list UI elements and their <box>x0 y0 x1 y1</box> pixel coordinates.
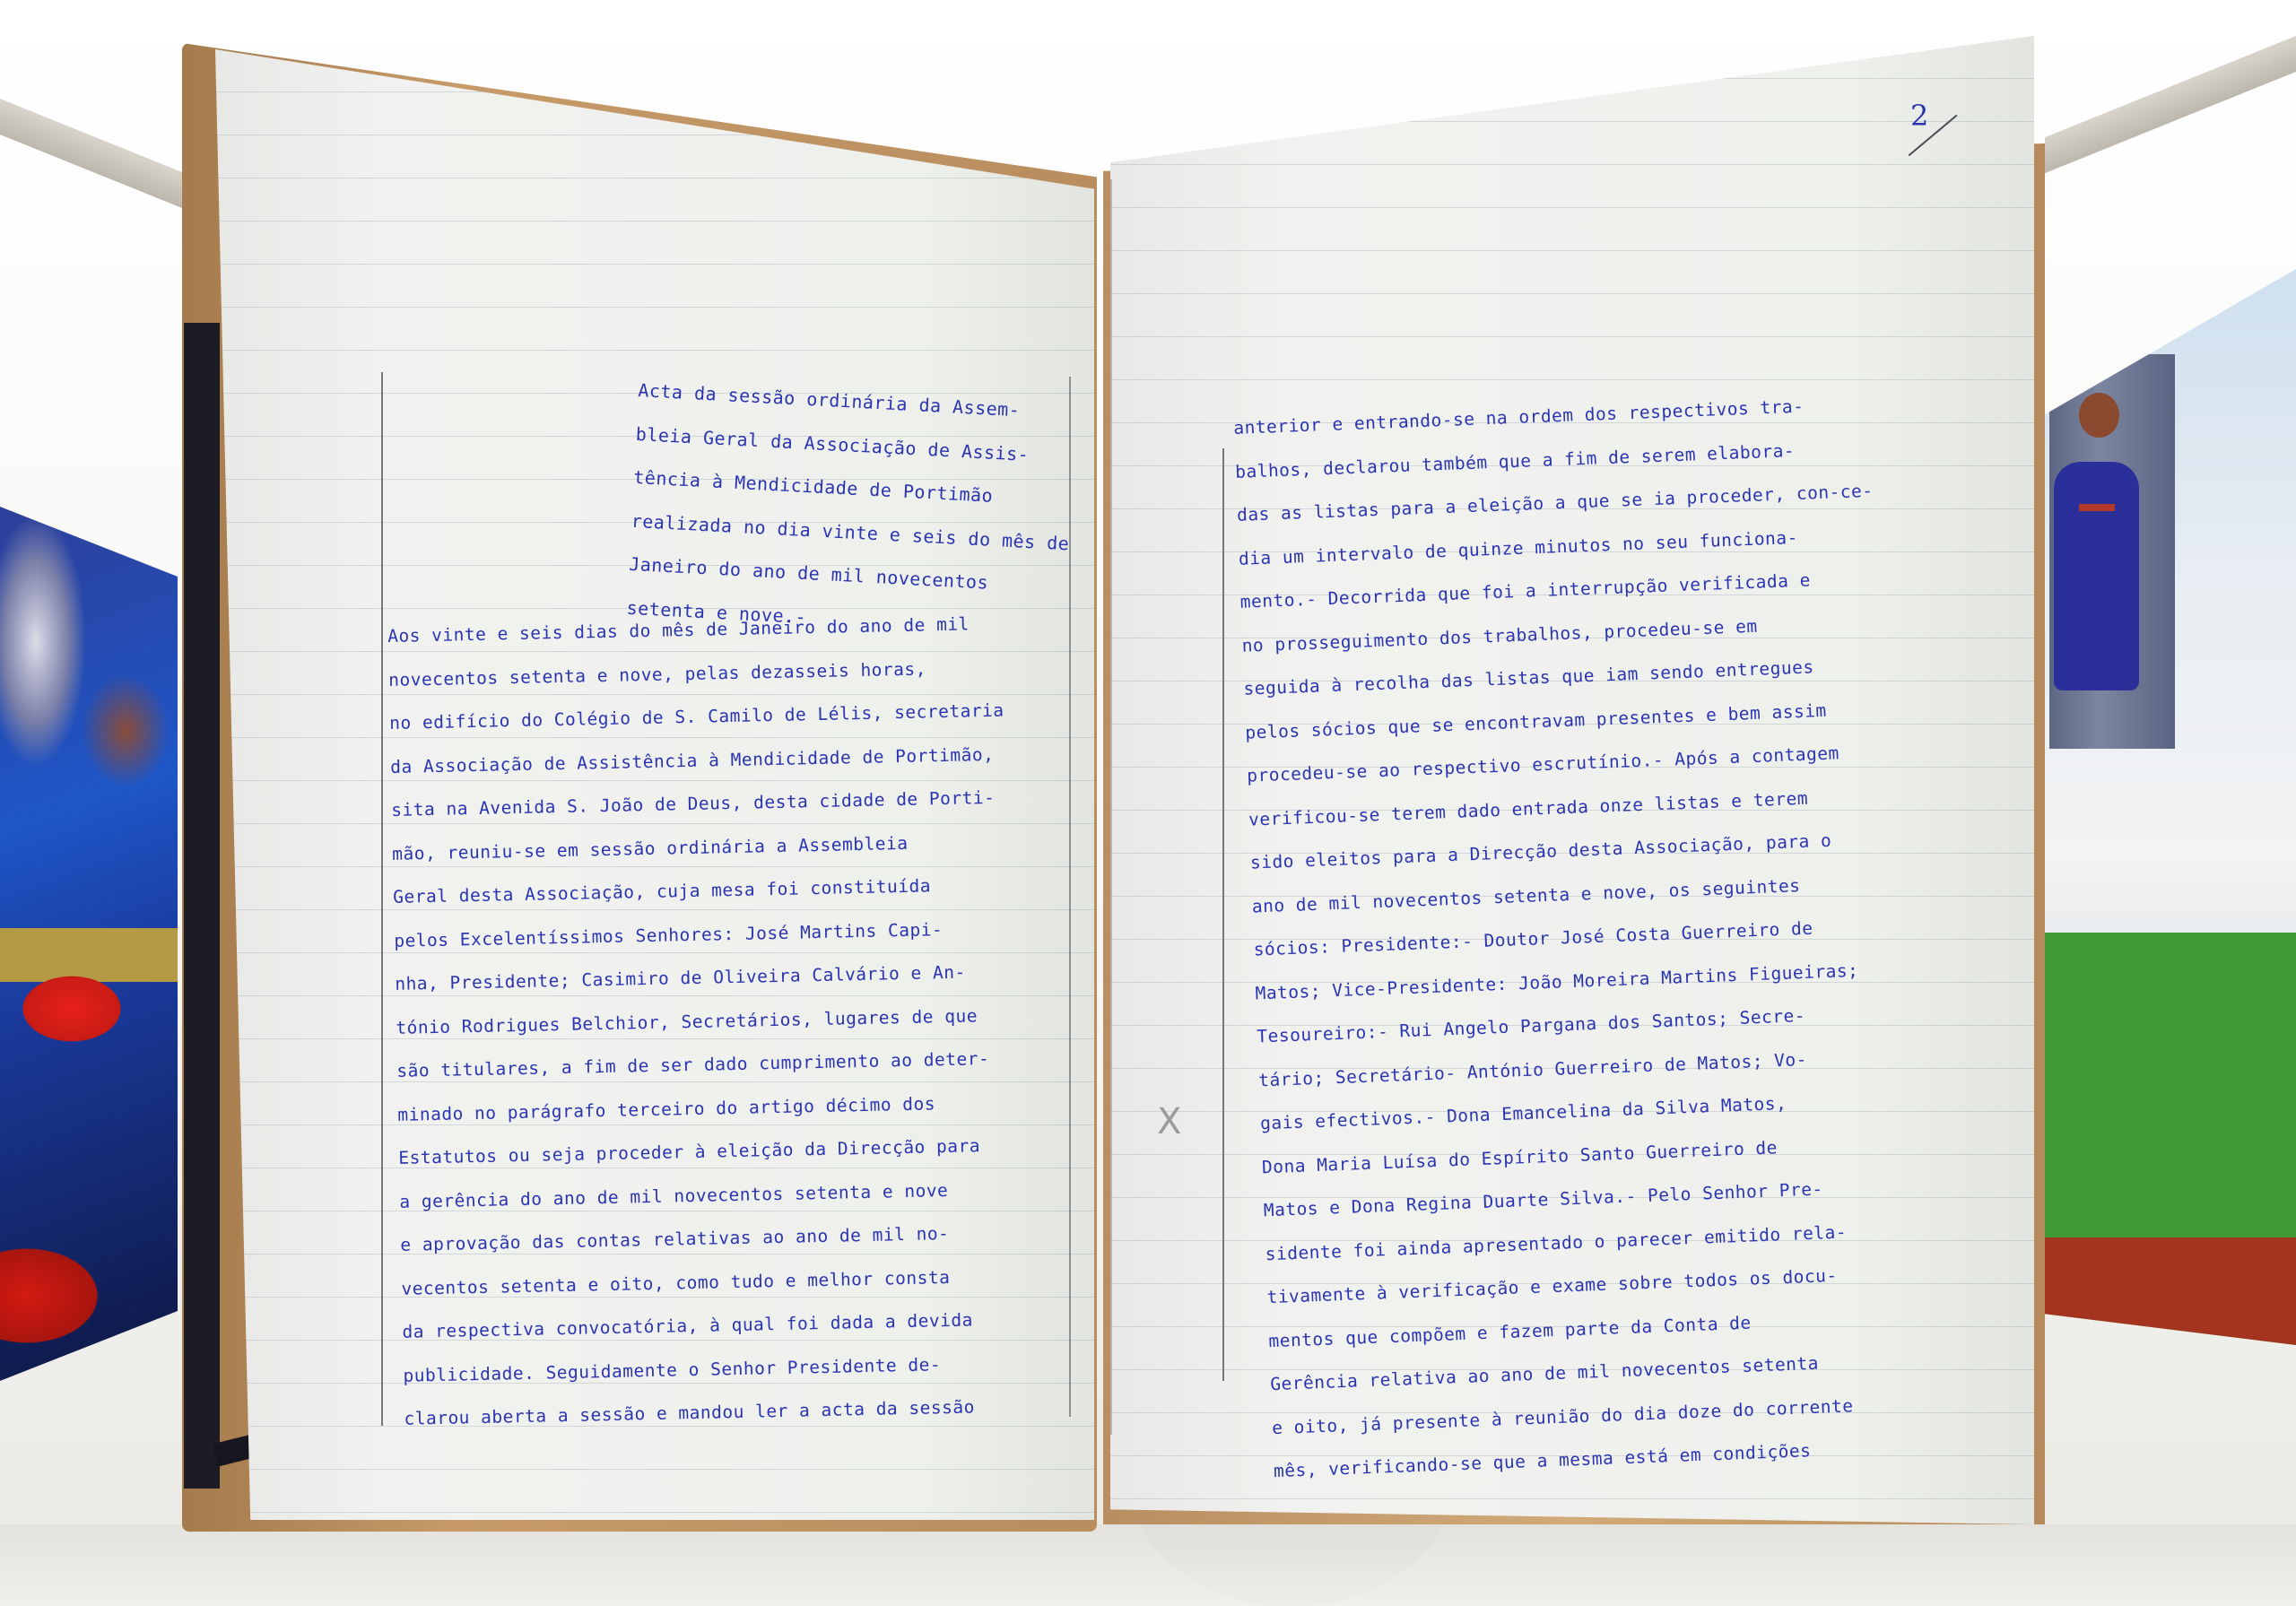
left-page-body: Aos vinte e seis dias do mês de Janeiro … <box>387 615 1020 1454</box>
page-number: 2 <box>1910 99 1928 133</box>
abstract-painting-left <box>0 507 178 1381</box>
book-gutter-line <box>1110 179 1112 1435</box>
painting-figure-red-belt <box>2079 504 2115 511</box>
painting-figure-blue-dress <box>2054 462 2139 690</box>
museum-display-scene: Acta da sessão ordinária da Assem- bleia… <box>0 0 2296 1606</box>
book-spine-dark-edge <box>184 323 220 1489</box>
pencil-x-mark: X <box>1157 1101 1181 1142</box>
right-page-body: anterior e entrando-se na ordem dos resp… <box>1233 395 1911 1506</box>
right-page-margin-line <box>1222 448 1224 1381</box>
painting-figure-hair <box>2079 393 2119 438</box>
figurative-painting-right <box>2036 269 2296 1345</box>
left-page-margin-line <box>381 372 383 1426</box>
